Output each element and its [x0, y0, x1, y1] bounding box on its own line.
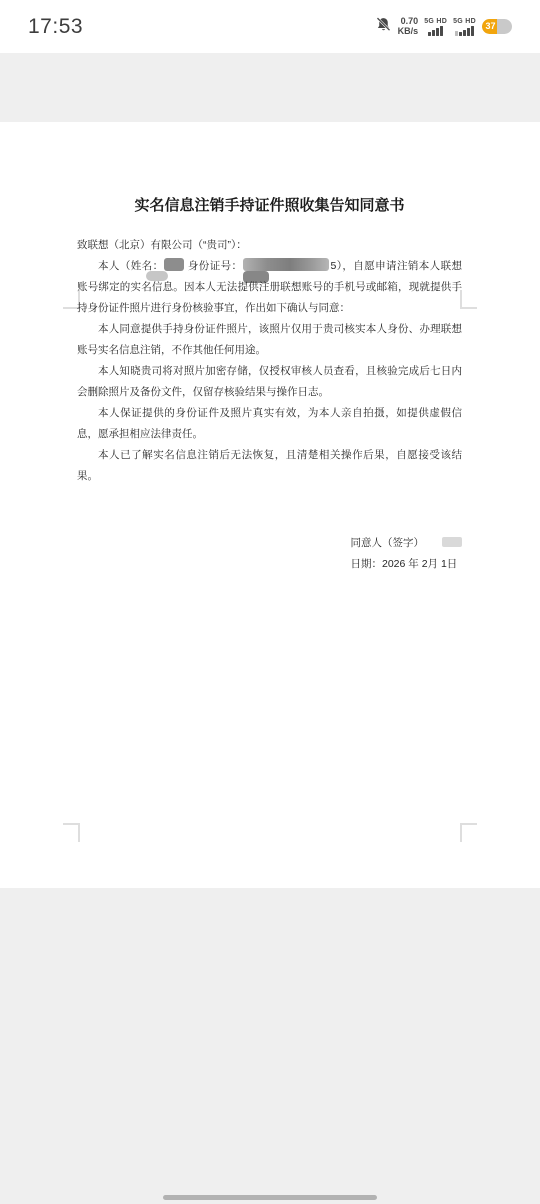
status-icons: 0.70 KB/s 5G HD 5G HD 37 [375, 16, 512, 38]
page-title: 实名信息注销手持证件照收集告知同意书 [77, 194, 462, 218]
consent-paragraph-3: 本人保证提供的身份证件及照片真实有效，为本人亲自拍摄，如提供虚假信息，愿承担相应… [77, 403, 462, 445]
home-gesture-bar[interactable] [163, 1195, 377, 1200]
clock: 17:53 [28, 15, 83, 39]
sim1-network-label: 5G HD [424, 18, 447, 25]
document-content: 实名信息注销手持证件照收集告知同意书 致联想（北京）有限公司（“贵司”）： 本人… [77, 122, 462, 575]
signal-bars-icon [428, 26, 443, 36]
date-line: 日期：2026 年 2月 1日 [351, 554, 463, 575]
signature-redaction-block [442, 537, 462, 547]
identity-pre: 本人（姓名： [98, 260, 163, 272]
crop-mark-top-right [460, 290, 477, 309]
status-bar: 17:53 0.70 KB/s 5G HD 5G HD 37 [0, 0, 540, 53]
crop-mark-bottom-left [63, 823, 80, 842]
crop-mark-bottom-right [460, 823, 477, 842]
sim1-signal: 5G HD [424, 18, 447, 36]
bell-muted-icon [375, 16, 392, 38]
consent-paragraph-4: 本人已了解实名信息注销后无法恢复，且清楚相关操作后果，自愿接受该结果。 [77, 445, 462, 487]
identity-mid: 身份证号： [187, 260, 242, 272]
signer-line: 同意人（签字） [351, 533, 463, 554]
identity-paragraph: 本人（姓名：身份证号：5），自愿申请注销本人联想账号绑定的实名信息。因本人无法提… [77, 256, 462, 319]
name-redaction-block [164, 258, 184, 271]
sim2-network-label: 5G HD [453, 18, 476, 25]
battery-percent: 37 [482, 19, 499, 34]
consent-paragraph-1: 本人同意提供手持身份证件照片，该照片仅用于贵司核实本人身份、办理联想账号实名信息… [77, 319, 462, 361]
document-page[interactable]: 实名信息注销手持证件照收集告知同意书 致联想（北京）有限公司（“贵司”）： 本人… [0, 122, 540, 888]
id-number-redaction-block [243, 258, 329, 271]
salutation-line: 致联想（北京）有限公司（“贵司”）： [77, 235, 462, 256]
signal-bars-icon [455, 26, 474, 36]
signer-label: 同意人（签字） [351, 537, 425, 549]
network-speed-unit: KB/s [398, 27, 419, 36]
network-speed: 0.70 KB/s [398, 17, 419, 36]
sim2-signal: 5G HD [453, 18, 476, 36]
battery-icon: 37 [482, 19, 512, 34]
consent-paragraph-2: 本人知晓贵司将对照片加密存储，仅授权审核人员查看，且核验完成后七日内会删除照片及… [77, 361, 462, 403]
signature-block: 同意人（签字） 日期：2026 年 2月 1日 [77, 533, 462, 575]
